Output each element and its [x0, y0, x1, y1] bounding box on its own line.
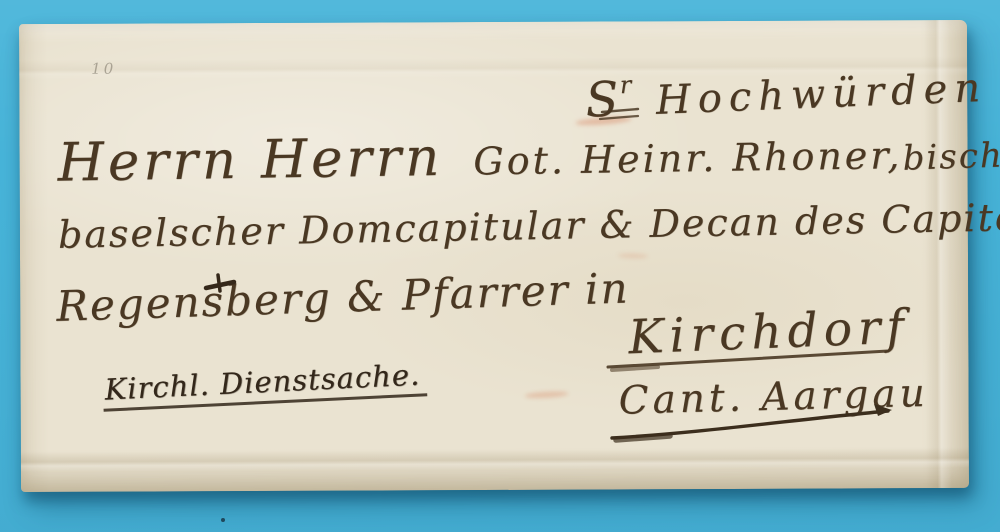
destination-canton: Cant. Aargau [618, 371, 929, 424]
salutation-superscript: r [619, 71, 632, 99]
red-ink-smudge [618, 253, 648, 259]
photo-background: 10 S r Hochwürden Herrn Herrn Got. Heinr… [0, 0, 1000, 532]
folded-letter-cover: 10 S r Hochwürden Herrn Herrn Got. Heinr… [19, 20, 969, 492]
horizontal-fold-crease [21, 448, 969, 472]
destination-place: Kirchdorf [627, 299, 910, 365]
background-speck [221, 518, 225, 522]
recipient-title-break: bischöfl= [902, 133, 1000, 179]
recipient-honorific: Herrn Herrn [57, 127, 444, 194]
address-line-1: Herrn Herrn Got. Heinr. Rhoner, bischöfl… [57, 119, 964, 193]
address-line-2: baselscher Domcapitular & Decan des Capi… [58, 195, 1000, 257]
recipient-name: Got. Heinr. Rhoner, [473, 133, 903, 183]
address-line-3: Regensberg & Pfarrer in [56, 263, 631, 330]
red-ink-smudge [524, 391, 568, 399]
pencil-mark: 10 [91, 60, 116, 78]
endorsement-note: Kirchl. Dienstsache. [102, 357, 427, 411]
